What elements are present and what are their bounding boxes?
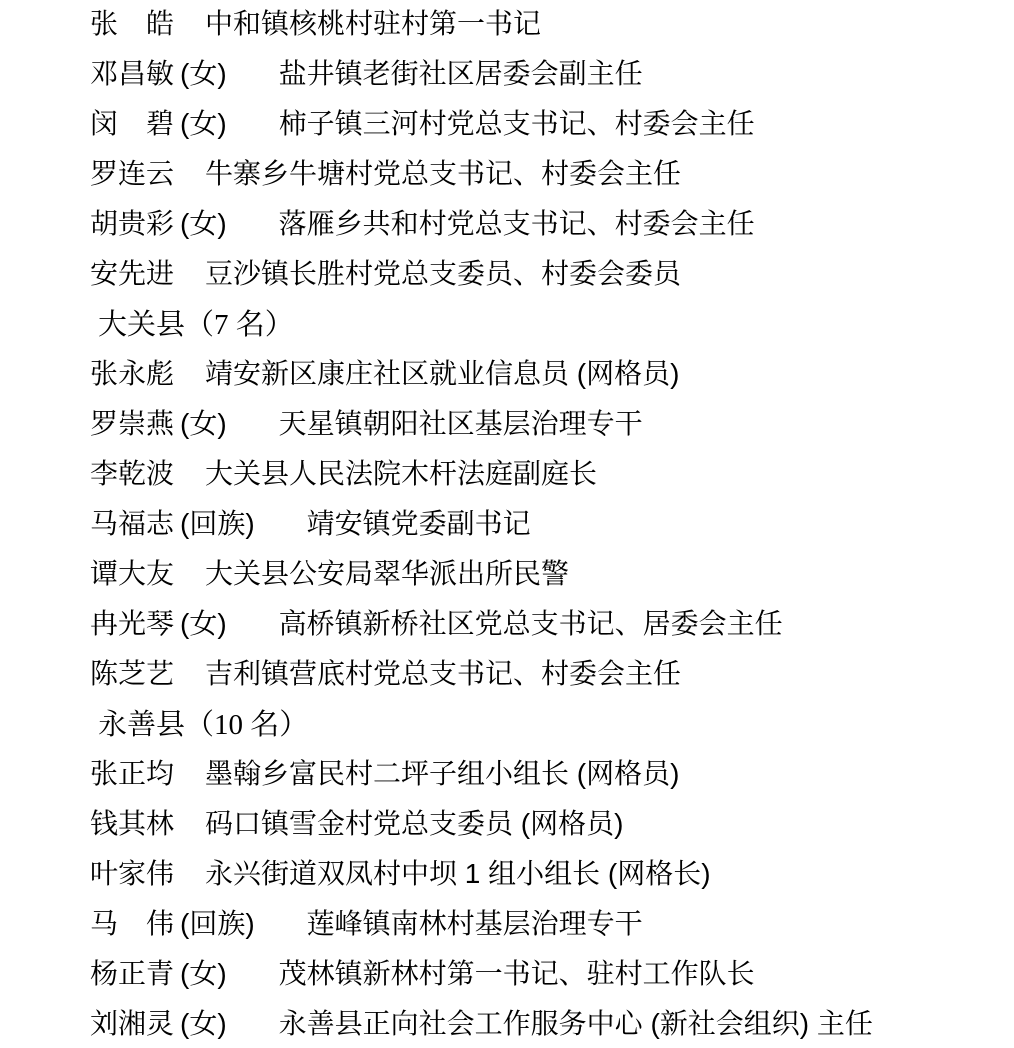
person-name: 马 伟: [90, 902, 174, 942]
person-title: 莲峰镇南林村基层治理专干: [307, 902, 643, 942]
person-name: 陈芝艺: [90, 652, 174, 692]
person-title: 墨翰乡富民村二坪子组小组长 (网格员): [205, 752, 679, 792]
person-title: 柿子镇三河村党总支书记、村委会主任: [279, 102, 755, 142]
document-page: 张 皓中和镇核桃村驻村第一书记邓昌敏(女)盐井镇老街社区居委会副主任闵 碧(女)…: [0, 0, 1014, 1048]
person-note: (女): [180, 102, 227, 142]
person-note: (女): [180, 52, 227, 92]
person-name: 李乾波: [90, 452, 174, 492]
person-title: 茂林镇新林村第一书记、驻村工作队长: [279, 952, 755, 992]
person-name: 谭大友: [90, 552, 174, 592]
roster-entry: 杨正青(女)茂林镇新林村第一书记、驻村工作队长: [0, 947, 1014, 997]
county-heading: 大关县（7 名）: [0, 297, 1014, 347]
roster-entry: 陈芝艺吉利镇营底村党总支书记、村委会主任: [0, 647, 1014, 697]
roster-entry: 谭大友大关县公安局翠华派出所民警: [0, 547, 1014, 597]
roster-entry: 胡贵彩(女)落雁乡共和村党总支书记、村委会主任: [0, 197, 1014, 247]
person-name: 马福志: [90, 502, 174, 542]
person-title: 豆沙镇长胜村党总支委员、村委会委员: [205, 252, 681, 292]
person-name: 罗崇燕: [90, 402, 174, 442]
person-name: 冉光琴: [90, 602, 174, 642]
person-title: 落雁乡共和村党总支书记、村委会主任: [279, 202, 755, 242]
person-name: 钱其林: [90, 802, 174, 842]
roster-entry: 刘湘灵(女)永善县正向社会工作服务中心 (新社会组织) 主任: [0, 997, 1014, 1047]
roster-entry: 马 伟(回族)莲峰镇南林村基层治理专干: [0, 897, 1014, 947]
roster-entry: 张正均墨翰乡富民村二坪子组小组长 (网格员): [0, 747, 1014, 797]
roster-entry: 叶家伟永兴街道双凤村中坝 1 组小组长 (网格长): [0, 847, 1014, 897]
person-name: 张正均: [90, 752, 174, 792]
roster-entry: 张永彪靖安新区康庄社区就业信息员 (网格员): [0, 347, 1014, 397]
person-note: (女): [180, 602, 227, 642]
roster-entry: 罗连云牛寨乡牛塘村党总支书记、村委会主任: [0, 147, 1014, 197]
person-title: 中和镇核桃村驻村第一书记: [205, 2, 541, 42]
roster-entry: 马福志(回族)靖安镇党委副书记: [0, 497, 1014, 547]
county-heading: 永善县（10 名）: [0, 697, 1014, 747]
person-title: 大关县公安局翠华派出所民警: [205, 552, 569, 592]
person-title: 大关县人民法院木杆法庭副庭长: [205, 452, 597, 492]
person-title: 高桥镇新桥社区党总支书记、居委会主任: [279, 602, 783, 642]
person-title: 牛寨乡牛塘村党总支书记、村委会主任: [205, 152, 681, 192]
roster-entry: 安先进豆沙镇长胜村党总支委员、村委会委员: [0, 247, 1014, 297]
roster-entry: 冉光琴(女)高桥镇新桥社区党总支书记、居委会主任: [0, 597, 1014, 647]
person-name: 张 皓: [90, 2, 174, 42]
roster-entry: 罗崇燕(女)天星镇朝阳社区基层治理专干: [0, 397, 1014, 447]
person-name: 闵 碧: [90, 102, 174, 142]
roster-entry: 李乾波大关县人民法院木杆法庭副庭长: [0, 447, 1014, 497]
person-name: 罗连云: [90, 152, 174, 192]
person-title: 永善县正向社会工作服务中心 (新社会组织) 主任: [279, 1002, 873, 1042]
person-title: 靖安镇党委副书记: [307, 502, 531, 542]
roster-entry: 邓昌敏(女)盐井镇老街社区居委会副主任: [0, 47, 1014, 97]
person-title: 吉利镇营底村党总支书记、村委会主任: [205, 652, 681, 692]
person-name: 刘湘灵: [90, 1002, 174, 1042]
person-note: (女): [180, 202, 227, 242]
person-note: (女): [180, 1002, 227, 1042]
roster-entry: 张 皓中和镇核桃村驻村第一书记: [0, 0, 1014, 47]
person-name: 张永彪: [90, 352, 174, 392]
person-title: 码口镇雪金村党总支委员 (网格员): [205, 802, 623, 842]
person-title: 靖安新区康庄社区就业信息员 (网格员): [205, 352, 679, 392]
person-note: (女): [180, 952, 227, 992]
person-note: (回族): [180, 902, 255, 942]
person-name: 杨正青: [90, 952, 174, 992]
person-name: 安先进: [90, 252, 174, 292]
roster-entry: 闵 碧(女)柿子镇三河村党总支书记、村委会主任: [0, 97, 1014, 147]
roster-entry: 钱其林码口镇雪金村党总支委员 (网格员): [0, 797, 1014, 847]
roster-list: 张 皓中和镇核桃村驻村第一书记邓昌敏(女)盐井镇老街社区居委会副主任闵 碧(女)…: [0, 0, 1014, 1047]
person-name: 邓昌敏: [90, 52, 174, 92]
person-note: (回族): [180, 502, 255, 542]
person-note: (女): [180, 402, 227, 442]
person-title: 盐井镇老街社区居委会副主任: [279, 52, 643, 92]
person-title: 天星镇朝阳社区基层治理专干: [279, 402, 643, 442]
person-name: 胡贵彩: [90, 202, 174, 242]
person-name: 叶家伟: [90, 852, 174, 892]
person-title: 永兴街道双凤村中坝 1 组小组长 (网格长): [205, 852, 711, 892]
